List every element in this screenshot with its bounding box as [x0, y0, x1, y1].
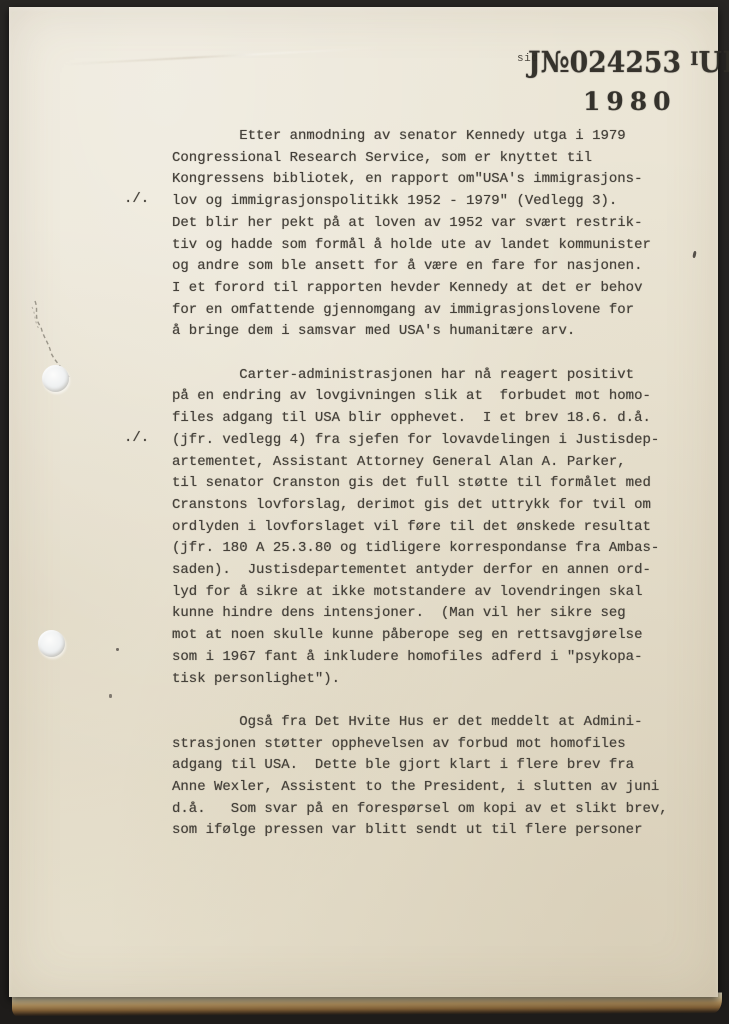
paragraph: Også fra Det Hvite Hus er det meddelt at…: [172, 712, 692, 842]
text-line: kunne hindre dens intensjoner. (Man vil …: [172, 603, 692, 625]
margin-mark: ./.: [124, 191, 149, 207]
text-line: Carter-administrasjonen har nå reagert p…: [172, 365, 692, 387]
text-line: til senator Cranston gis det full støtte…: [172, 473, 692, 495]
year-stamp: 1980: [583, 87, 677, 116]
text-line: saden). Justisdepartementet antyder derf…: [172, 560, 692, 582]
journal-number-stamp: J№024253 IUD: [528, 45, 729, 79]
text-line: (jfr. 180 A 25.3.80 og tidligere korresp…: [172, 538, 692, 560]
text-line: adgang til USA. Dette ble gjort klart i …: [172, 755, 692, 777]
journal-suffix: UD: [698, 45, 729, 79]
text-line: d.å. Som svar på en forespørsel om kopi …: [172, 799, 692, 821]
text-line: tisk personlighet").: [172, 669, 692, 691]
body-text: Etter anmodning av senator Kennedy utga …: [172, 126, 692, 864]
margin-mark: ./.: [124, 430, 149, 446]
text-line: for en omfattende gjennomgang av immigra…: [172, 300, 692, 322]
text-line: artementet, Assistant Attorney General A…: [172, 452, 692, 474]
text-line: lyd for å sikre at ikke motstandere av l…: [172, 582, 692, 604]
text-line: mot at noen skulle kunne påberope seg en…: [172, 625, 692, 647]
paper-speck: [109, 694, 112, 698]
text-line: Anne Wexler, Assistent to the President,…: [172, 777, 692, 799]
text-line: lov og immigrasjonspolitikk 1952 - 1979"…: [172, 191, 692, 213]
text-line: (jfr. vedlegg 4) fra sjefen for lovavdel…: [172, 430, 692, 452]
text-line: som i 1967 fant å inkludere homofiles ad…: [172, 647, 692, 669]
document-page: sid J№024253 IUD 1980 ./. ./. Etter anmo…: [9, 7, 718, 997]
text-line: og andre som ble ansett for å være en fa…: [172, 256, 692, 278]
paragraph: Carter-administrasjonen har nå reagert p…: [172, 365, 692, 691]
text-line: Kongressens bibliotek, en rapport om"USA…: [172, 169, 692, 191]
text-line: I et forord til rapporten hevder Kennedy…: [172, 278, 692, 300]
text-line: Cranstons lovforslag, derimot gis det ut…: [172, 495, 692, 517]
text-line: som ifølge pressen var blitt sendt ut ti…: [172, 820, 692, 842]
photo-background: sid J№024253 IUD 1980 ./. ./. Etter anmo…: [0, 0, 729, 1024]
text-line: Også fra Det Hvite Hus er det meddelt at…: [172, 712, 692, 734]
text-line: files adgang til USA blir opphevet. I et…: [172, 408, 692, 430]
paper-crease: [64, 47, 384, 66]
paper-speck: [116, 648, 119, 651]
journal-number: J№024253: [528, 45, 681, 79]
hole-punch: [38, 630, 65, 657]
paper-speck: [692, 251, 696, 258]
paragraph: Etter anmodning av senator Kennedy utga …: [172, 126, 692, 343]
text-line: å bringe dem i samsvar med USA's humanit…: [172, 321, 692, 343]
text-line: ordlyden i lovforslaget vil føre til det…: [172, 517, 692, 539]
text-line: strasjonen støtter opphevelsen av forbud…: [172, 734, 692, 756]
text-line: på en endring av lovgivningen slik at fo…: [172, 386, 692, 408]
hole-punch: [42, 365, 69, 392]
text-line: Etter anmodning av senator Kennedy utga …: [172, 126, 692, 148]
text-line: Det blir her pekt på at loven av 1952 va…: [172, 213, 692, 235]
text-line: Congressional Research Service, som er k…: [172, 148, 692, 170]
text-line: tiv og hadde som formål å holde ute av l…: [172, 235, 692, 257]
